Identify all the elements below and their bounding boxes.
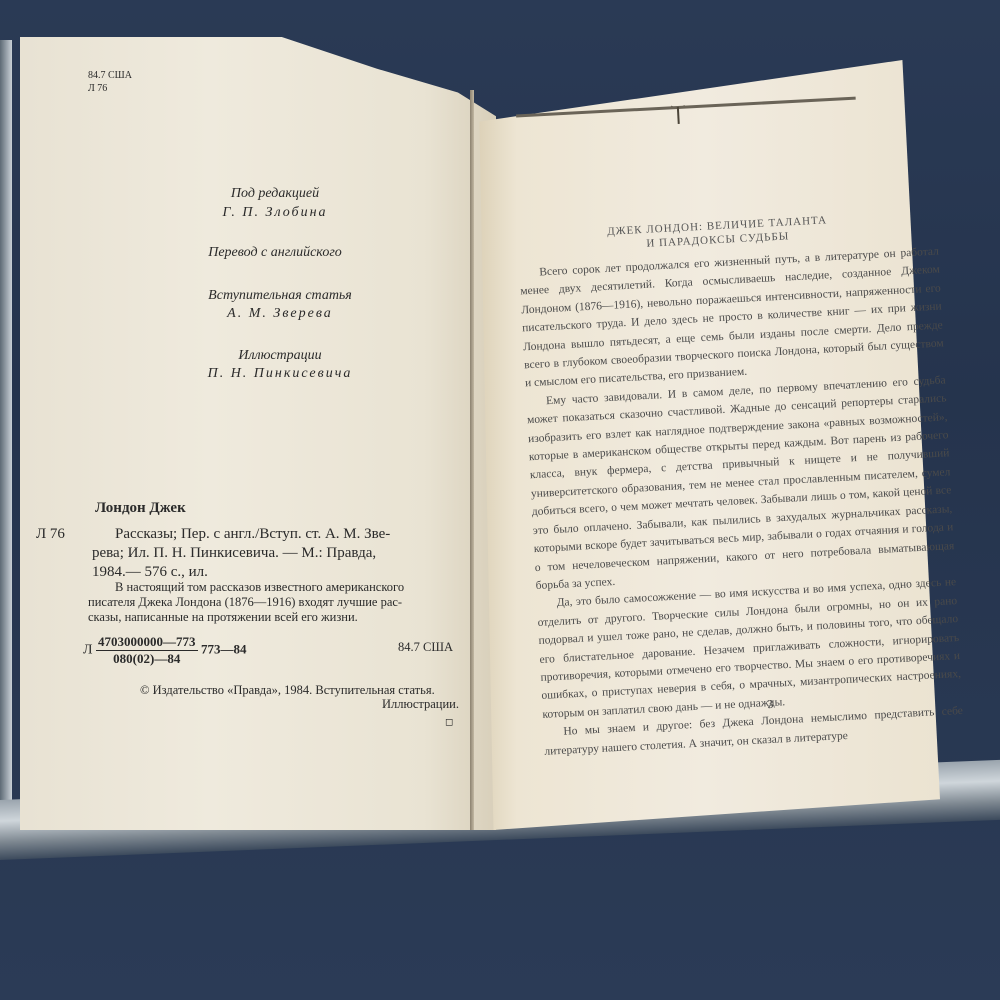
ornament-icon xyxy=(671,104,686,127)
body-text: Всего сорок лет продолжался его жизненны… xyxy=(519,243,964,761)
page-number: 3 xyxy=(767,697,774,712)
biblio-line-3: 1984.— 576 с., ил. xyxy=(92,563,208,581)
index-numerator: 4703000000—773 xyxy=(96,634,198,651)
index-suffix: 773—84 xyxy=(201,642,247,657)
copyright-line-1: © Издательство «Правда», 1984. Вступител… xyxy=(140,683,435,698)
header-rule xyxy=(516,97,856,118)
book-gutter xyxy=(470,90,474,830)
annotation-line-3: сказы, написанные на протяжении всей его… xyxy=(88,610,358,625)
right-page-content: ДЖЕК ЛОНДОН: ВЕЛИЧИЕ ТАЛАНТА И ПАРАДОКСЫ… xyxy=(505,71,988,734)
bbk-code: 84.7 США xyxy=(398,640,453,655)
shelf-code: Л 76 xyxy=(88,83,107,94)
intro-role: Вступительная статья xyxy=(150,288,410,304)
book-cover-side xyxy=(0,40,12,830)
paragraph: Всего сорок лет продолжался его жизненны… xyxy=(519,243,945,394)
index-code: Л 4703000000—773 080(02)—84 773—84 xyxy=(83,634,247,667)
index-prefix: Л xyxy=(83,643,93,658)
classification-code: 84.7 США xyxy=(88,70,132,81)
illustrator-name: П. Н. Пинкисевича xyxy=(140,366,420,382)
index-fraction: 4703000000—773 080(02)—84 xyxy=(96,634,198,667)
translation-note: Перевод с английского xyxy=(150,245,400,261)
paragraph: Ему часто завидовали. И в самом деле, по… xyxy=(526,371,956,595)
illustrations-role: Иллюстрации xyxy=(150,348,410,364)
author-heading: Лондон Джек xyxy=(95,500,186,517)
photo-scene: 84.7 США Л 76 Под редакцией Г. П. Злобин… xyxy=(0,0,1000,1000)
shelf-mark: Л 76 xyxy=(36,525,65,543)
paragraph: Да, это было самосожжение — во имя искус… xyxy=(536,573,962,724)
intro-author: А. М. Зверева xyxy=(150,306,410,322)
copyright-line-2: Иллюстрации. xyxy=(382,697,459,712)
editor-name: Г. П. Злобина xyxy=(150,205,400,221)
biblio-line-1: Рассказы; Пер. с англ./Вступ. ст. А. М. … xyxy=(115,525,390,543)
editor-role: Под редакцией xyxy=(150,186,400,202)
biblio-line-2: рева; Ил. П. Н. Пинкисевича. — М.: Правд… xyxy=(92,544,376,562)
index-denominator: 080(02)—84 xyxy=(96,651,198,667)
printer-mark: ◻ xyxy=(445,717,453,728)
annotation-line-2: писателя Джека Лондона (1876—1916) входя… xyxy=(88,595,402,610)
annotation-line-1: В настоящий том рассказов известного аме… xyxy=(115,580,404,595)
